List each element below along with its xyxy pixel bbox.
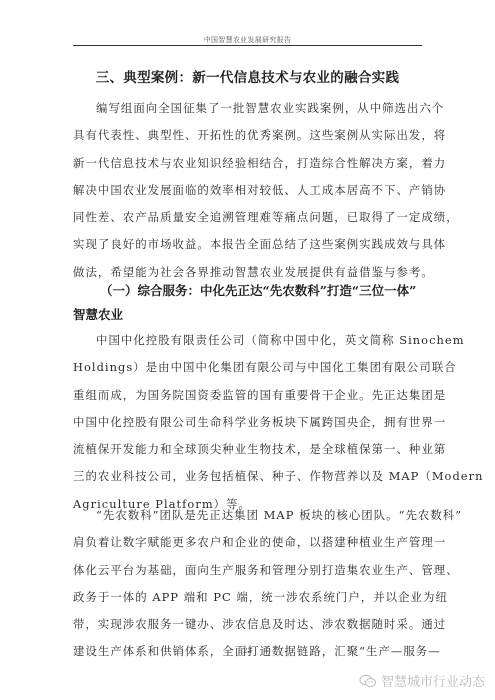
text-line: 带，实现涉农服务一键办、涉农信息及时达、涉农数据随时采。通过 [73, 611, 424, 638]
text-line: 具有代表性、典型性、开拓性的优秀案例。这些案例从实际出发，将 [73, 122, 424, 149]
company-paragraph: 中国中化控股有限责任公司（简称中国中化，英文简称 Sinochem Holdin… [73, 327, 424, 518]
text-line: 三的农业科技公司，业务包括植保、种子、作物营养以及 MAP（Modern [73, 463, 424, 490]
text-line: 同性差、农产品质量安全追溯管理难等痛点问题，已取得了一定成绩， [73, 204, 424, 231]
text-line: 重组而成，为国务院国资委监管的国有重要骨干企业。先正达集团是 [73, 382, 424, 409]
page-number: 23 [0, 647, 495, 655]
subsection-title-line1: （一）综合服务：中化先正达“先农数科”打造“三位一体” [100, 281, 424, 299]
watermark: 智慧城市行业动态 [359, 671, 485, 690]
text-line: 肩负着让数字赋能更多农户和企业的使命，以搭建种植业生产管理一 [73, 529, 424, 556]
wechat-icon [359, 674, 377, 688]
text-line: 解决中国农业发展面临的效率相对较低、人工成本居高不下、产销协 [73, 177, 424, 204]
text-line: 实现了良好的市场收益。本报告全面总结了这些案例实践成效与具体 [73, 231, 424, 258]
text-line: 政务于一体的 APP 端和 PC 端，统一涉农系统门户，并以企业为纽 [73, 584, 424, 611]
section-title: 三、典型案例：新一代信息技术与农业的融合实践 [73, 66, 422, 86]
running-header: 中国智慧农业发展研究报告 [73, 35, 422, 45]
text-line: 体化云平台为基础，面向生产服务和管理分别打造集农业生产、管理、 [73, 557, 424, 584]
text-line: 中国中化控股有限公司生命科学业务板块下属跨国央企，拥有世界一 [73, 409, 424, 436]
intro-paragraph: 编写组面向全国征集了一批智慧农业实践案例，从中筛选出六个 具有代表性、典型性、开… [73, 95, 424, 286]
text-line: 新一代信息技术与农业知识经验相结合，打造综合性解决方案，着力 [73, 150, 424, 177]
text-line: 中国中化控股有限责任公司（简称中国中化，英文简称 Sinochem [73, 327, 424, 354]
text-line: 编写组面向全国征集了一批智慧农业实践案例，从中筛选出六个 [73, 95, 424, 122]
text-line: 流植保开发能力和全球顶尖种业生物技术，是全球植保第一、种业第 [73, 436, 424, 463]
team-paragraph: “先农数科”团队是先正达集团 MAP 板块的核心团队。“先农数科” 肩负着让数字… [73, 502, 424, 666]
text-line: Holdings）是由中国中化集团有限公司与中国化工集团有限公司联合 [73, 354, 424, 381]
header-divider [73, 45, 422, 46]
text-line: “先农数科”团队是先正达集团 MAP 板块的核心团队。“先农数科” [73, 502, 424, 529]
subsection-title-line2: 智慧农业 [73, 305, 424, 323]
watermark-text: 智慧城市行业动态 [381, 671, 485, 690]
